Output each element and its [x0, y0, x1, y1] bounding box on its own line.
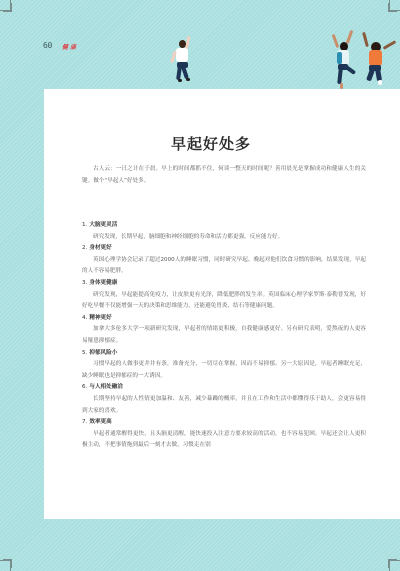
section-heading: 身材更好: [89, 245, 111, 251]
section: 1.大脑更灵活 研究发现，长期早起，脑细胞和神经细胞的寿命和活力都更强，反应能力…: [82, 220, 366, 243]
section: 7.效率更高 早起者通常醒得更快，且头脑更清醒，能快速投入注意力要求较高的活动，…: [82, 417, 366, 452]
section-heading: 身体更健康: [89, 280, 117, 286]
jumping-person-illustration: [362, 28, 400, 90]
section-text: 长期坚持早起的人性情更加温和、友善，减少暴躁的概率，并且在工作和生活中都懂得乐于…: [82, 394, 366, 417]
jumping-person-illustration: [168, 36, 196, 96]
section: 2.身材更好 英国心理学协会记录了超过2000人的睡眠习惯，同时研究早起、晚起对…: [82, 243, 366, 278]
section-number: 2.: [82, 245, 87, 251]
section-number: 4.: [82, 315, 87, 321]
crop-mark-top-left: [0, 0, 11, 11]
section: 6.与人相处融洽 长期坚持早起的人性情更加温和、友善，减少暴躁的概率，并且在工作…: [82, 382, 366, 417]
crop-mark-bottom-left: [0, 560, 11, 571]
section-heading: 精神更好: [89, 315, 111, 321]
section-text: 加拿大多伦多大学一项新研究发现，早起者的情绪更积极，自我健康感更好。另有研究表明…: [82, 324, 366, 347]
section-text: 英国心理学协会记录了超过2000人的睡眠习惯，同时研究早起、晚起对他们饮食习惯的…: [82, 255, 366, 278]
article-intro-block: 古人云：一日之计在于晨。早上的时间都抓不住，何谈一整天的时间呢？善用晨光是掌握成…: [82, 164, 366, 187]
section-heading: 大脑更灵活: [89, 222, 117, 228]
section-number: 6.: [82, 384, 87, 390]
page-number: 60: [43, 41, 52, 50]
section-heading: 与人相处融洽: [89, 384, 123, 390]
crop-mark-bottom-right: [389, 560, 400, 571]
section-number: 1.: [82, 222, 87, 228]
section-text: 研究发现，早起能提高免疫力，让皮肤更有光泽，降低肥胖的发生率。英国临床心理学家罗…: [82, 290, 366, 313]
section-number: 5.: [82, 350, 87, 356]
section-tag: 健康: [62, 42, 78, 51]
section-text: 早起者通常醒得更快，且头脑更清醒，能快速投入注意力要求较高的活动，也不容易犯困。…: [82, 429, 366, 452]
section: 3.身体更健康 研究发现，早起能提高免疫力，让皮肤更有光泽，降低肥胖的发生率。英…: [82, 278, 366, 313]
article-sections: 1.大脑更灵活 研究发现，长期早起，脑细胞和神经细胞的寿命和活力都更强，反应能力…: [82, 220, 366, 452]
article-intro: 古人云：一日之计在于晨。早上的时间都抓不住，何谈一整天的时间呢？善用晨光是掌握成…: [82, 164, 366, 187]
crop-mark-top-right: [389, 0, 400, 11]
section-heading: 效率更高: [89, 419, 111, 425]
section-text: 研究发现，长期早起，脑细胞和神经细胞的寿命和活力都更强，反应能力好。: [82, 232, 366, 244]
article-title: 早起好处多: [22, 133, 400, 154]
section: 4.精神更好 加拿大多伦多大学一项新研究发现，早起者的情绪更积极，自我健康感更好…: [82, 313, 366, 348]
jumping-person-illustration: [330, 28, 360, 98]
section: 5.抑郁风险小 习惯早起的人做事更井井有条，准备充分，一切尽在掌握，因而不易抑郁…: [82, 348, 366, 383]
article-card: 早起好处多 古人云：一日之计在于晨。早上的时间都抓不住，何谈一整天的时间呢？善用…: [44, 89, 400, 519]
section-number: 7.: [82, 419, 87, 425]
section-number: 3.: [82, 280, 87, 286]
section-text: 习惯早起的人做事更井井有条，准备充分，一切尽在掌握，因而不易抑郁。另一大原因是，…: [82, 359, 366, 382]
section-heading: 抑郁风险小: [89, 350, 117, 356]
